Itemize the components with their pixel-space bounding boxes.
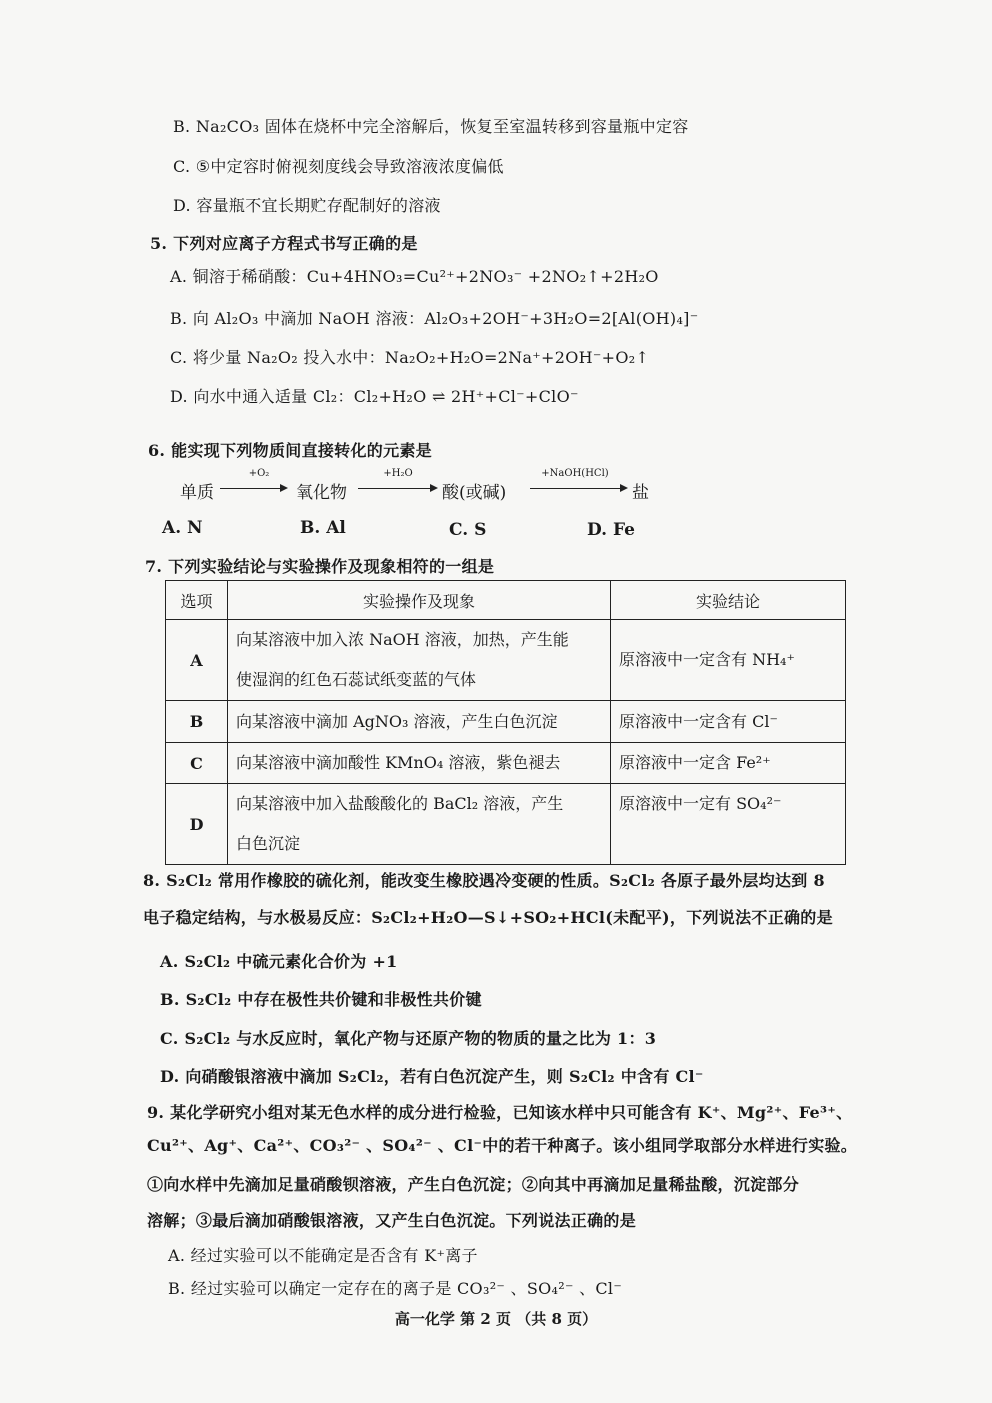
q6-option-d: D. Fe bbox=[587, 520, 635, 540]
q7-stem: 7. 下列实验结论与实验操作及现象相符的一组是 bbox=[145, 556, 494, 578]
header-conclusion: 实验结论 bbox=[611, 581, 846, 620]
q8-stem-line-1: 8. S₂Cl₂ 常用作橡胶的硫化剂，能改变生橡胶遇冷变硬的性质。S₂Cl₂ 各… bbox=[143, 870, 825, 892]
q5-option-a: A. 铜溶于稀硝酸：Cu+4HNO₃=Cu²⁺+2NO₃⁻ +2NO₂↑+2H₂… bbox=[170, 266, 659, 288]
q5-option-c: C. 将少量 Na₂O₂ 投入水中：Na₂O₂+H₂O=2Na⁺+2OH⁻+O₂… bbox=[170, 347, 649, 369]
operation-line: 向某溶液中加入盐酸酸化的 BaCl₂ 溶液，产生 bbox=[236, 784, 602, 824]
right-arrow-icon bbox=[530, 488, 626, 489]
q6-stem: 6. 能实现下列物质间直接转化的元素是 bbox=[148, 440, 432, 462]
chain-node-salt: 盐 bbox=[632, 478, 649, 503]
chain-node-acid-or-base: 酸(或碱) bbox=[442, 478, 506, 503]
row-operation: 向某溶液中加入浓 NaOH 溶液，加热，产生能 使湿润的红色石蕊试纸变蓝的气体 bbox=[228, 620, 611, 701]
operation-line: 使湿润的红色石蕊试纸变蓝的气体 bbox=[236, 660, 602, 700]
table-row: A 向某溶液中加入浓 NaOH 溶液，加热，产生能 使湿润的红色石蕊试纸变蓝的气… bbox=[166, 620, 846, 701]
chain-arrow-label-2: +H₂O bbox=[358, 468, 438, 479]
q5-stem: 5. 下列对应离子方程式书写正确的是 bbox=[150, 233, 418, 255]
q9-option-a: A. 经过实验可以不能确定是否含有 K⁺离子 bbox=[168, 1245, 478, 1267]
q9-stem-line-2: Cu²⁺、Ag⁺、Ca²⁺、CO₃²⁻ 、SO₄²⁻ 、Cl⁻中的若干种离子。该… bbox=[147, 1135, 857, 1157]
chain-arrow-label-3: +NaOH(HCl) bbox=[530, 468, 620, 479]
right-arrow-icon bbox=[220, 488, 286, 489]
q6-option-b: B. Al bbox=[300, 518, 346, 538]
q5-option-d: D. 向水中通入适量 Cl₂：Cl₂+H₂O ⇌ 2H⁺+Cl⁻+ClO⁻ bbox=[170, 386, 579, 408]
row-option: C bbox=[166, 743, 228, 784]
operation-line: 向某溶液中加入浓 NaOH 溶液，加热，产生能 bbox=[236, 620, 602, 660]
q4-option-b: B. Na₂CO₃ 固体在烧杯中完全溶解后，恢复至室温转移到容量瓶中定容 bbox=[173, 116, 689, 138]
q8-option-a: A. S₂Cl₂ 中硫元素化合价为 +1 bbox=[160, 951, 398, 973]
q8-option-c: C. S₂Cl₂ 与水反应时，氧化产物与还原产物的物质的量之比为 1：3 bbox=[160, 1028, 656, 1050]
q5-option-b: B. 向 Al₂O₃ 中滴加 NaOH 溶液：Al₂O₃+2OH⁻+3H₂O=2… bbox=[170, 308, 698, 330]
experiment-table: 选项 实验操作及现象 实验结论 A 向某溶液中加入浓 NaOH 溶液，加热，产生… bbox=[165, 580, 846, 865]
header-operation: 实验操作及现象 bbox=[228, 581, 611, 620]
q9-stem-line-1: 9. 某化学研究小组对某无色水样的成分进行检验，已知该水样中只可能含有 K⁺、M… bbox=[147, 1102, 852, 1124]
row-operation: 向某溶液中加入盐酸酸化的 BaCl₂ 溶液，产生 白色沉淀 bbox=[228, 784, 611, 865]
row-option: A bbox=[166, 620, 228, 701]
q6-option-c: C. S bbox=[449, 520, 486, 540]
row-option: B bbox=[166, 701, 228, 743]
q8-stem-line-2: 电子稳定结构，与水极易反应：S₂Cl₂+H₂O—S↓+SO₂+HCl(未配平)，… bbox=[143, 907, 833, 929]
row-conclusion: 原溶液中一定有 SO₄²⁻ bbox=[611, 784, 846, 865]
table-row: B 向某溶液中滴加 AgNO₃ 溶液，产生白色沉淀 原溶液中一定含有 Cl⁻ bbox=[166, 701, 846, 743]
q6-option-a: A. N bbox=[162, 518, 203, 538]
page-footer: 高一化学 第 2 页 （共 8 页） bbox=[0, 1308, 992, 1329]
row-conclusion: 原溶液中一定含有 Cl⁻ bbox=[611, 701, 846, 743]
q9-stem-line-3: ①向水样中先滴加足量硝酸钡溶液，产生白色沉淀；②向其中再滴加足量稀盐酸，沉淀部分 bbox=[147, 1174, 799, 1196]
header-option: 选项 bbox=[166, 581, 228, 620]
q4-option-c: C. ⑤中定容时俯视刻度线会导致溶液浓度偏低 bbox=[173, 156, 504, 178]
q8-option-d: D. 向硝酸银溶液中滴加 S₂Cl₂，若有白色沉淀产生，则 S₂Cl₂ 中含有 … bbox=[160, 1066, 704, 1088]
table-row: D 向某溶液中加入盐酸酸化的 BaCl₂ 溶液，产生 白色沉淀 原溶液中一定有 … bbox=[166, 784, 846, 865]
row-conclusion: 原溶液中一定含 Fe²⁺ bbox=[611, 743, 846, 784]
row-operation: 向某溶液中滴加 AgNO₃ 溶液，产生白色沉淀 bbox=[228, 701, 611, 743]
operation-line: 白色沉淀 bbox=[236, 824, 602, 864]
chain-arrow-label-1: +O₂ bbox=[228, 468, 290, 479]
conversion-chain: 单质 +O₂ 氧化物 +H₂O 酸(或碱) +NaOH(HCl) 盐 bbox=[180, 470, 680, 510]
table-header-row: 选项 实验操作及现象 实验结论 bbox=[166, 581, 846, 620]
q4-option-d: D. 容量瓶不宜长期贮存配制好的溶液 bbox=[173, 195, 441, 217]
chain-node-oxide: 氧化物 bbox=[296, 478, 347, 503]
row-conclusion: 原溶液中一定含有 NH₄⁺ bbox=[611, 620, 846, 701]
row-operation: 向某溶液中滴加酸性 KMnO₄ 溶液，紫色褪去 bbox=[228, 743, 611, 784]
q9-option-b: B. 经过实验可以确定一定存在的离子是 CO₃²⁻ 、SO₄²⁻ 、Cl⁻ bbox=[168, 1278, 622, 1300]
right-arrow-icon bbox=[358, 488, 436, 489]
row-option: D bbox=[166, 784, 228, 865]
table-row: C 向某溶液中滴加酸性 KMnO₄ 溶液，紫色褪去 原溶液中一定含 Fe²⁺ bbox=[166, 743, 846, 784]
chain-node-element: 单质 bbox=[180, 478, 214, 503]
exam-page: B. Na₂CO₃ 固体在烧杯中完全溶解后，恢复至室温转移到容量瓶中定容 C. … bbox=[0, 0, 992, 1403]
q8-option-b: B. S₂Cl₂ 中存在极性共价键和非极性共价键 bbox=[160, 989, 482, 1011]
q9-stem-line-4: 溶解；③最后滴加硝酸银溶液，又产生白色沉淀。下列说法正确的是 bbox=[147, 1210, 636, 1232]
